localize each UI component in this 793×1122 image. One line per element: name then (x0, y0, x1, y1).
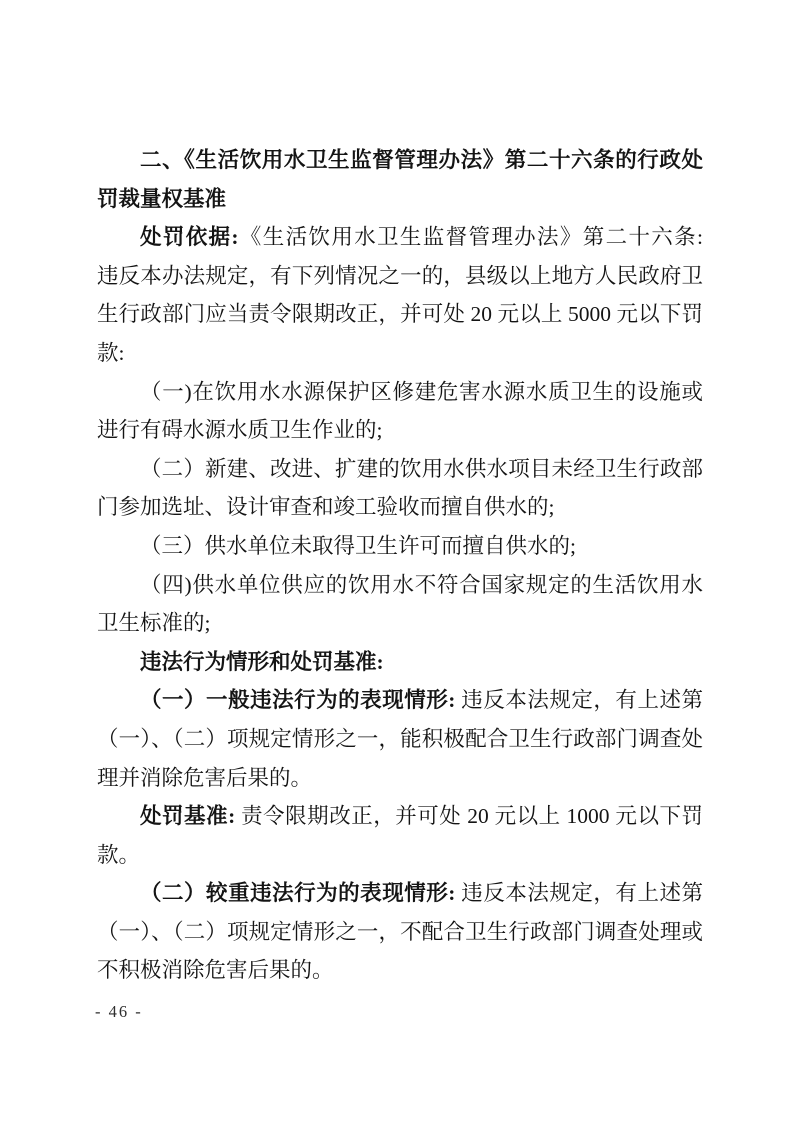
text-line: 违反本办法规定，有下列情况之一的，县级以上地方人民政府卫 (97, 257, 703, 296)
bold-text-segment: 违法行为情形和处罚基准: (140, 650, 384, 674)
document-page: 二、《生活饮用水卫生监督管理办法》第二十六条的行政处罚裁量权基准处罚依据:《生活… (0, 0, 793, 1122)
text-line: （一)在饮用水水源保护区修建危害水源水质卫生的设施或 (97, 373, 703, 412)
text-line: 罚裁量权基准 (97, 180, 703, 219)
body-text-segment: 违反本法规定，有上述第 (455, 881, 703, 905)
body-text-segment: 生行政部门应当责令限期改正，并可处 20 元以上 5000 元以下罚 (97, 302, 703, 326)
body-text-segment: 违反本办法规定，有下列情况之一的，县级以上地方人民政府卫 (97, 264, 703, 288)
bold-text-segment: （一）一般违法行为的表现情形: (140, 688, 455, 712)
text-line: （一）、（二）项规定情形之一，不配合卫生行政部门调查处理或 (97, 913, 703, 952)
text-line: 处罚依据:《生活饮用水卫生监督管理办法》第二十六条: (97, 218, 703, 257)
body-text-segment: 理并消除危害后果的。 (97, 766, 312, 790)
body-text-segment: （一)在饮用水水源保护区修建危害水源水质卫生的设施或 (140, 380, 703, 404)
text-line: 款: (97, 334, 703, 373)
text-line: 款。 (97, 836, 703, 875)
text-line: （二）较重违法行为的表现情形: 违反本法规定，有上述第 (97, 874, 703, 913)
bold-text-segment: 处罚依据: (140, 225, 239, 249)
bold-text-segment: 罚裁量权基准 (97, 187, 226, 211)
bold-text-segment: 二、《生活饮用水卫生监督管理办法》第二十六条的行政处 (140, 148, 703, 172)
text-line: 违法行为情形和处罚基准: (97, 643, 703, 682)
text-line: 二、《生活饮用水卫生监督管理办法》第二十六条的行政处 (97, 141, 703, 180)
bold-text-segment: 处罚基准: (140, 804, 235, 828)
text-line: （一）一般违法行为的表现情形: 违反本法规定，有上述第 (97, 681, 703, 720)
bold-text-segment: （二）较重违法行为的表现情形: (140, 881, 455, 905)
body-text-segment: 责令限期改正，并可处 20 元以上 1000 元以下罚 (235, 804, 703, 828)
body-text-segment: 卫生标准的; (97, 611, 210, 635)
page-number: - 46 - (95, 1000, 143, 1024)
document-body: 二、《生活饮用水卫生监督管理办法》第二十六条的行政处罚裁量权基准处罚依据:《生活… (97, 141, 703, 990)
text-line: 卫生标准的; (97, 604, 703, 643)
text-line: 门参加选址、设计审查和竣工验收而擅自供水的; (97, 488, 703, 527)
text-line: （二）新建、改进、扩建的饮用水供水项目未经卫生行政部 (97, 450, 703, 489)
text-line: 处罚基准: 责令限期改正，并可处 20 元以上 1000 元以下罚 (97, 797, 703, 836)
body-text-segment: （一）、（二）项规定情形之一，能积极配合卫生行政部门调查处 (97, 727, 703, 751)
text-line: （三）供水单位未取得卫生许可而擅自供水的; (97, 527, 703, 566)
text-line: 生行政部门应当责令限期改正，并可处 20 元以上 5000 元以下罚 (97, 295, 703, 334)
text-line: 不积极消除危害后果的。 (97, 951, 703, 990)
body-text-segment: 款: (97, 341, 124, 365)
text-line: 理并消除危害后果的。 (97, 759, 703, 798)
body-text-segment: 款。 (97, 843, 140, 867)
text-line: 进行有碍水源水质卫生作业的; (97, 411, 703, 450)
body-text-segment: （二）新建、改进、扩建的饮用水供水项目未经卫生行政部 (140, 457, 703, 481)
text-line: （一）、（二）项规定情形之一，能积极配合卫生行政部门调查处 (97, 720, 703, 759)
body-text-segment: 门参加选址、设计审查和竣工验收而擅自供水的; (97, 495, 554, 519)
body-text-segment: （三）供水单位未取得卫生许可而擅自供水的; (140, 534, 576, 558)
body-text-segment: 违反本法规定，有上述第 (455, 688, 703, 712)
body-text-segment: 进行有碍水源水质卫生作业的; (97, 418, 382, 442)
body-text-segment: （一）、（二）项规定情形之一，不配合卫生行政部门调查处理或 (97, 920, 703, 944)
body-text-segment: 不积极消除危害后果的。 (97, 958, 334, 982)
body-text-segment: （四)供水单位供应的饮用水不符合国家规定的生活饮用水 (140, 573, 703, 597)
text-line: （四)供水单位供应的饮用水不符合国家规定的生活饮用水 (97, 566, 703, 605)
body-text-segment: 《生活饮用水卫生监督管理办法》第二十六条: (239, 225, 703, 249)
